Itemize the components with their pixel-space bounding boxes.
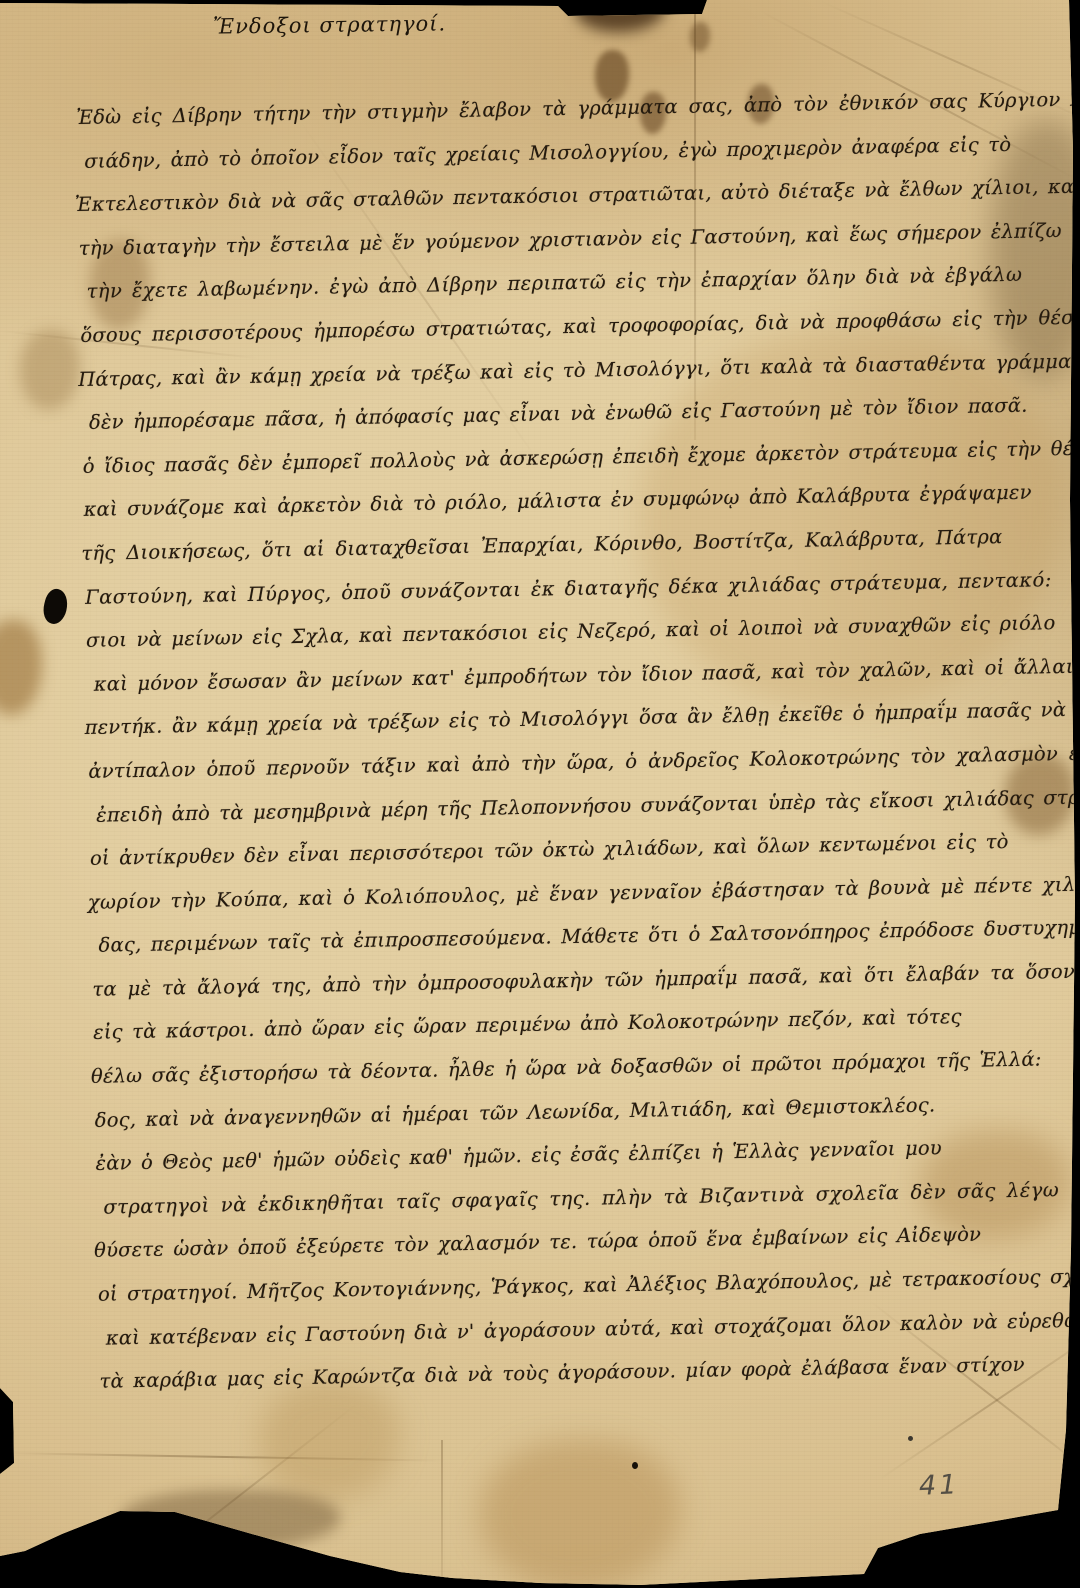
page-number: 41 [918, 1469, 959, 1501]
letter-salutation: Ἔνδοξοι στρατηγοί. [213, 11, 446, 38]
stain [480, 1440, 680, 1588]
pencil-dot [908, 1436, 913, 1441]
crease-line [441, 1440, 443, 1588]
letter-body: Ἐδὼ εἰς Δίβρην τήτην τὴν στιγμὴν ἔλαβον … [76, 78, 1080, 1404]
ink-speck [632, 1462, 638, 1469]
letter-page: Ἔνδοξοι στρατηγοί. Ἐδὼ εἰς Δίβρην τήτην … [0, 0, 1080, 1588]
scan-background: Ἔνδοξοι στρατηγοί. Ἐδὼ εἰς Δίβρην τήτην … [0, 0, 1080, 1588]
